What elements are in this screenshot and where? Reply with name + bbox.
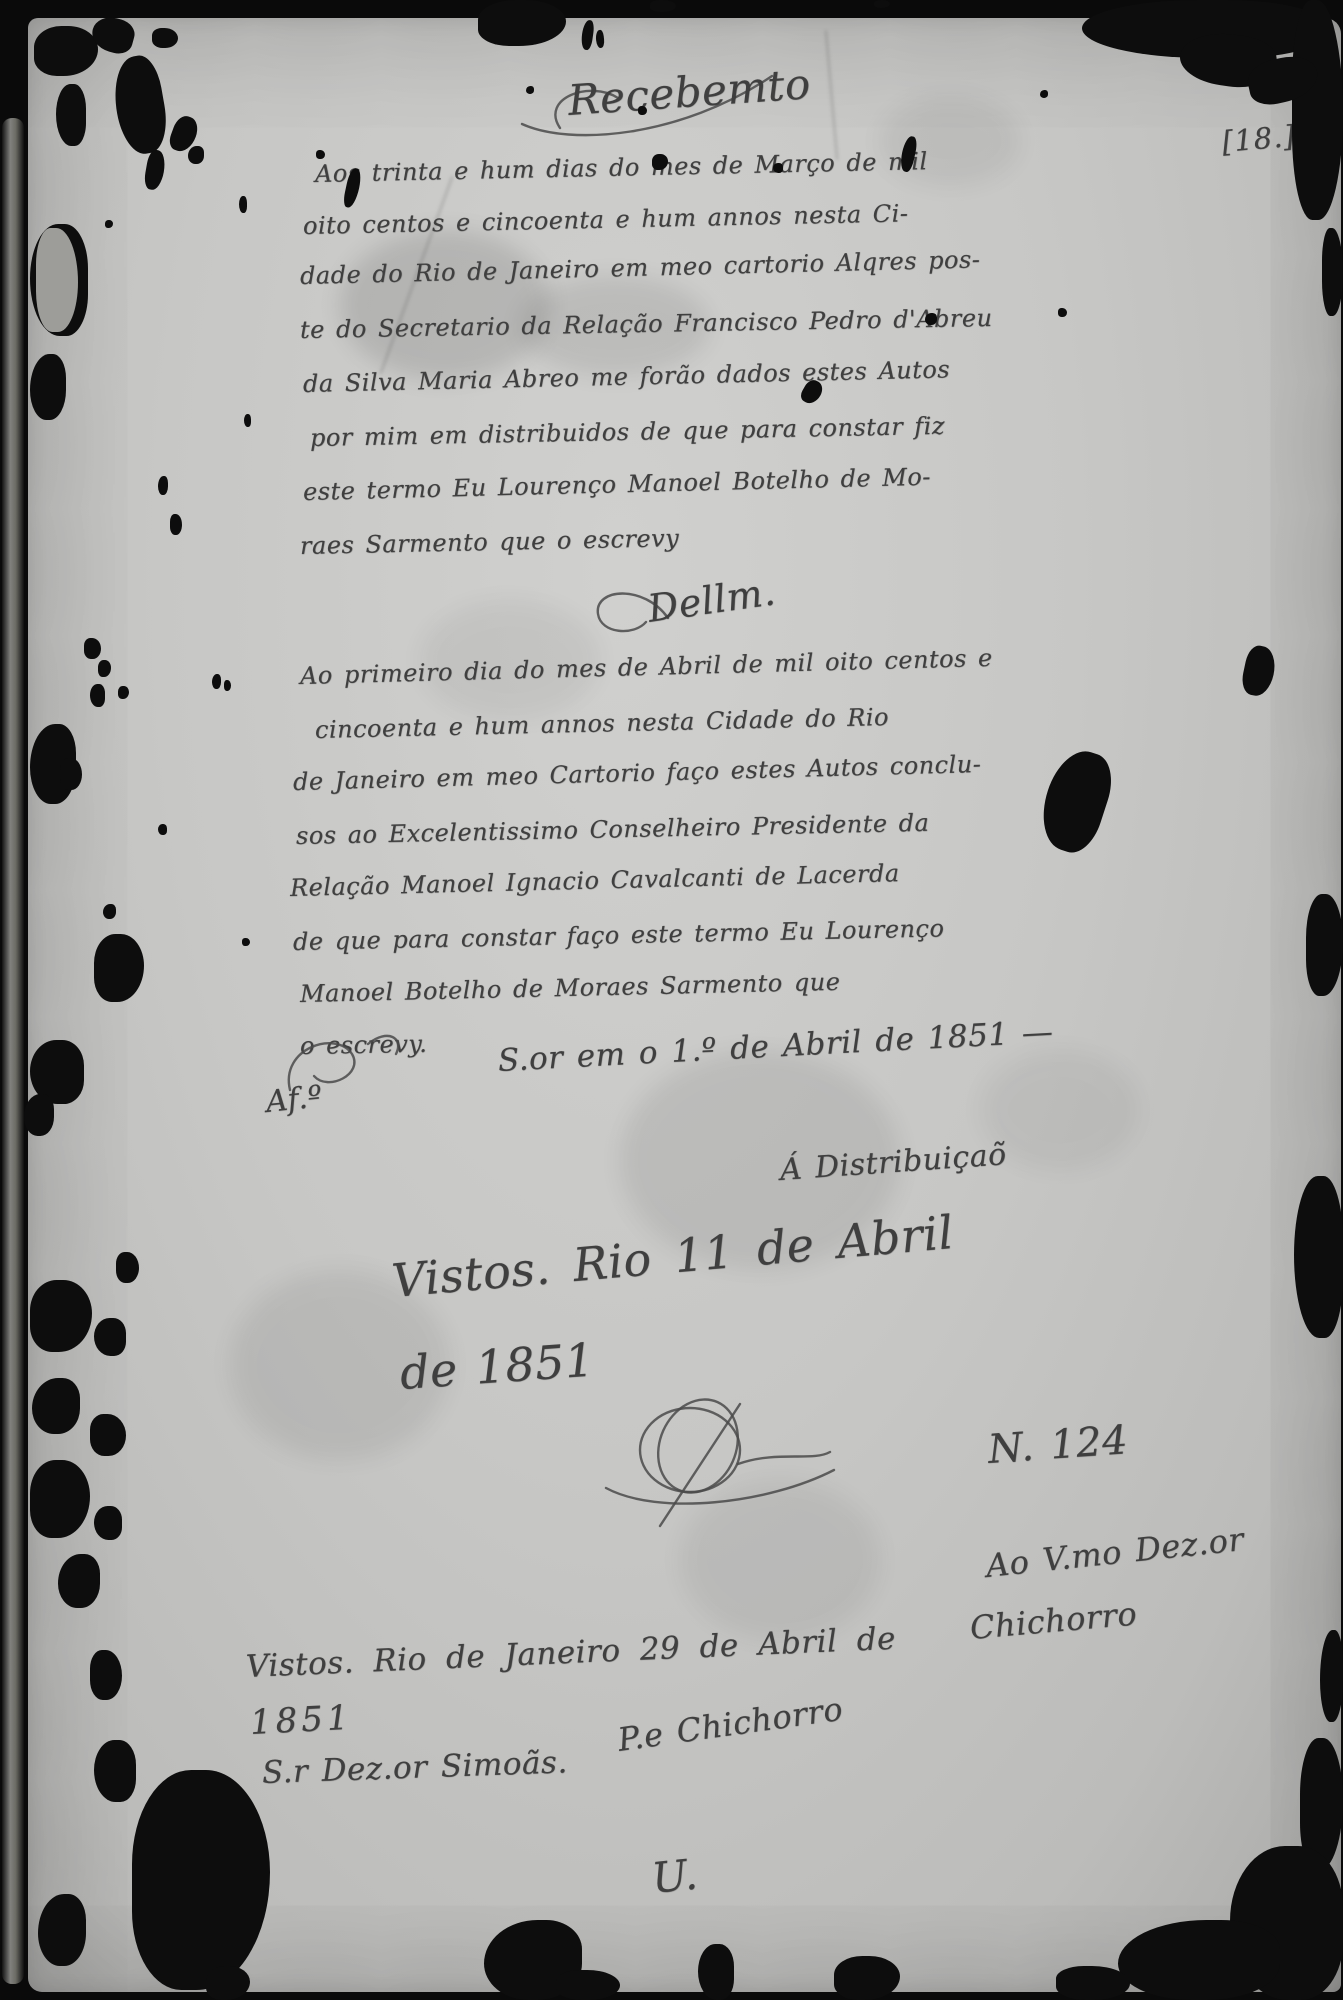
ink-blot [94,1740,136,1802]
manuscript-line: raes Sarmento que o escrevy [300,526,680,558]
ink-blot [1040,90,1048,98]
ink-blot [90,684,105,707]
ink-blot [1320,1630,1343,1722]
ink-blot [116,1252,139,1283]
ink-blot [638,106,647,115]
bottom-flourish-mark: U. [650,1853,700,1900]
ink-blot [526,86,534,94]
ink-blot [1292,0,1343,220]
ink-blot [773,163,783,173]
ink-blot [212,674,221,689]
despacho-vistos-line2: de 1851 [398,1336,596,1395]
ink-blot [90,1414,126,1456]
book-spine-edge [2,118,24,1984]
ink-blot [94,1318,126,1356]
paper-stain [340,230,550,380]
ink-blot [206,1966,250,2000]
ink-blot [239,196,247,213]
ink-blot [152,28,178,48]
ink-blot [244,414,251,427]
ink-blot [224,680,231,691]
ink-blot [158,476,168,495]
ink-blot [170,514,182,535]
ink-blot [556,1970,620,2000]
ink-blot [90,1650,122,1700]
ink-blot [103,904,116,919]
ink-blot [874,0,890,8]
ink-blot [56,84,86,146]
ink-blot [24,1094,54,1136]
ink-blot [38,1894,86,1966]
ink-blot [58,1554,100,1608]
ink-blot [316,150,325,159]
ink-blot [158,824,167,835]
ink-blot [242,938,250,946]
ink-blot [84,638,101,659]
ink-blot [698,1944,734,2000]
ink-blot [60,758,82,790]
ink-blot [1294,1176,1343,1338]
ink-blot [834,1956,900,2000]
ink-blot [32,1378,80,1434]
president-rubric-signature [598,1392,858,1542]
ink-blot [925,313,937,325]
clerk-flourish-abbrev: Af.º [264,1082,324,1118]
document-scan: 50 [18.] Recebemto Aos trinta e hum dias… [0,0,1343,2000]
ink-blot [188,146,204,164]
folio-number-bracketed: [18.] [1221,122,1297,157]
ink-blot [1322,228,1343,316]
torn-paper-fragment [36,228,78,332]
process-number: N. 124 [987,1420,1130,1470]
despacho2-year: 1851 [249,1701,353,1740]
ink-blot [650,0,676,12]
ink-blot [1056,1966,1130,2000]
ink-blot [94,1506,122,1540]
ink-blot [1058,308,1067,317]
ink-blot [30,354,66,420]
